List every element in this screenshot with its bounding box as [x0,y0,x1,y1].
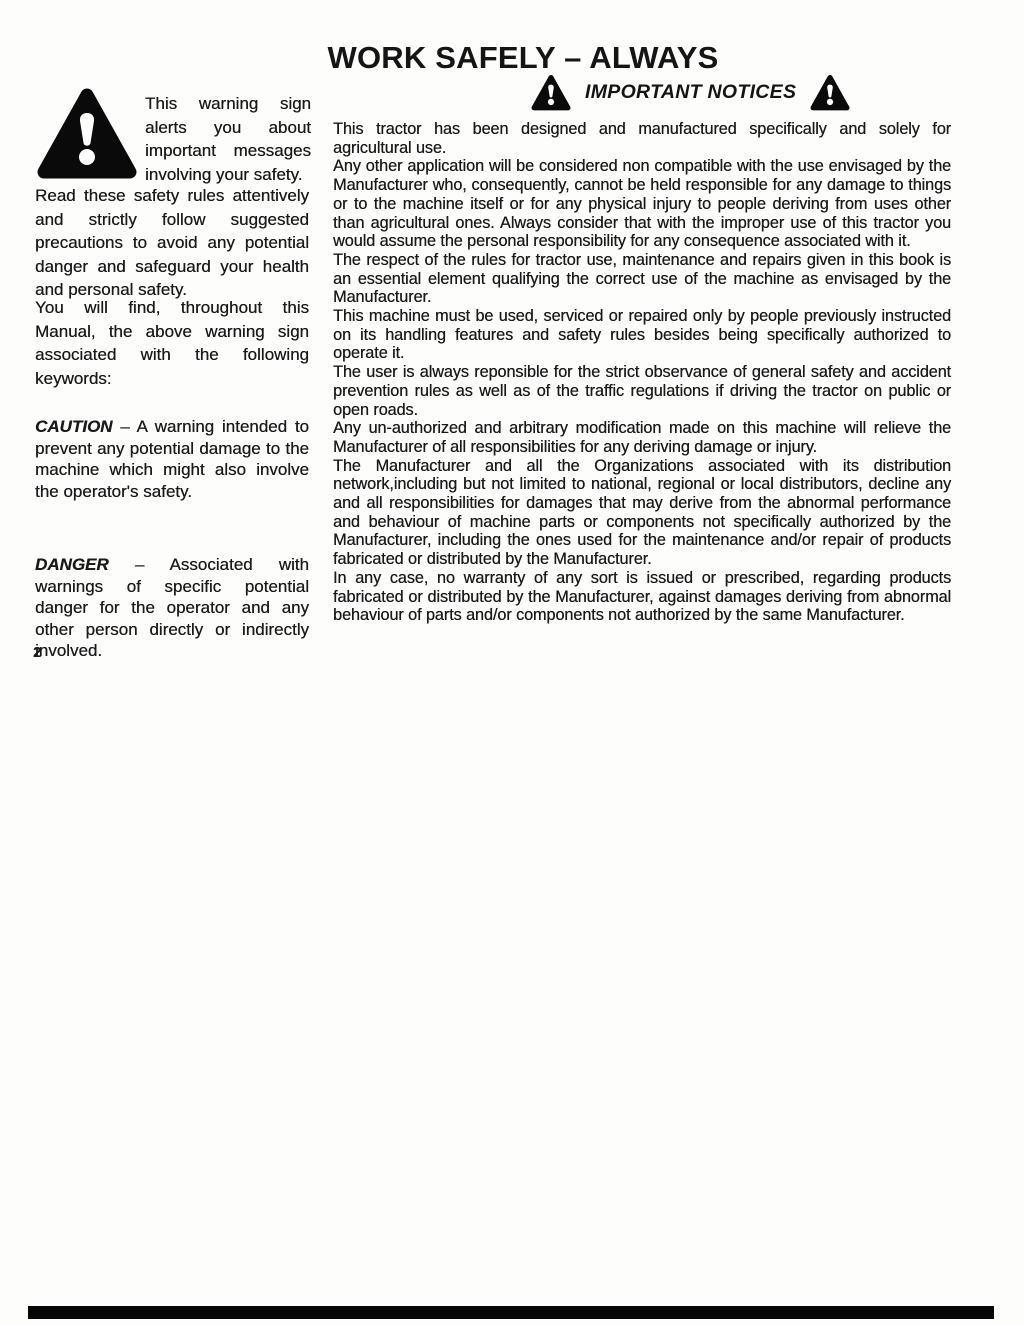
notice-paragraph: In any case, no warranty of any sort is … [333,569,951,625]
caution-definition: CAUTION – A warning intended to prevent … [35,416,309,502]
notice-paragraph: The Manufacturer and all the Organizatio… [333,457,951,569]
page-title: WORK SAFELY – ALWAYS [318,40,728,76]
notice-paragraph: Any un-authorized and arbitrary modifica… [333,419,951,456]
keywords-intro-paragraph: You will find, throughout this Manual, t… [35,296,309,390]
important-notices-header: IMPORTANT NOTICES [531,74,850,111]
notice-paragraph: Any other application will be considered… [333,157,951,251]
important-notices-heading: IMPORTANT NOTICES [585,81,796,104]
safety-rules-paragraph: Read these safety rules attentively and … [35,184,309,302]
warning-triangle-icon [37,86,137,186]
warning-sign-intro: This warning sign alerts you about impor… [145,92,311,186]
danger-keyword: DANGER [35,555,109,574]
manual-page: WORK SAFELY – ALWAYS This warning sign a… [0,0,1024,1325]
notice-paragraph: This machine must be used, serviced or r… [333,307,951,363]
danger-definition: DANGER – Associated with warnings of spe… [35,554,309,662]
notice-paragraph: This tractor has been designed and manuf… [333,120,951,157]
warning-triangle-icon [531,74,571,111]
page-number: 2 [33,644,41,661]
notice-paragraph: The respect of the rules for tractor use… [333,251,951,307]
scan-edge-bar [28,1306,994,1319]
warning-triangle-icon [810,74,850,111]
caution-keyword: CAUTION [35,417,112,436]
important-notices-body: This tractor has been designed and manuf… [333,120,951,625]
notice-paragraph: The user is always reponsible for the st… [333,363,951,419]
